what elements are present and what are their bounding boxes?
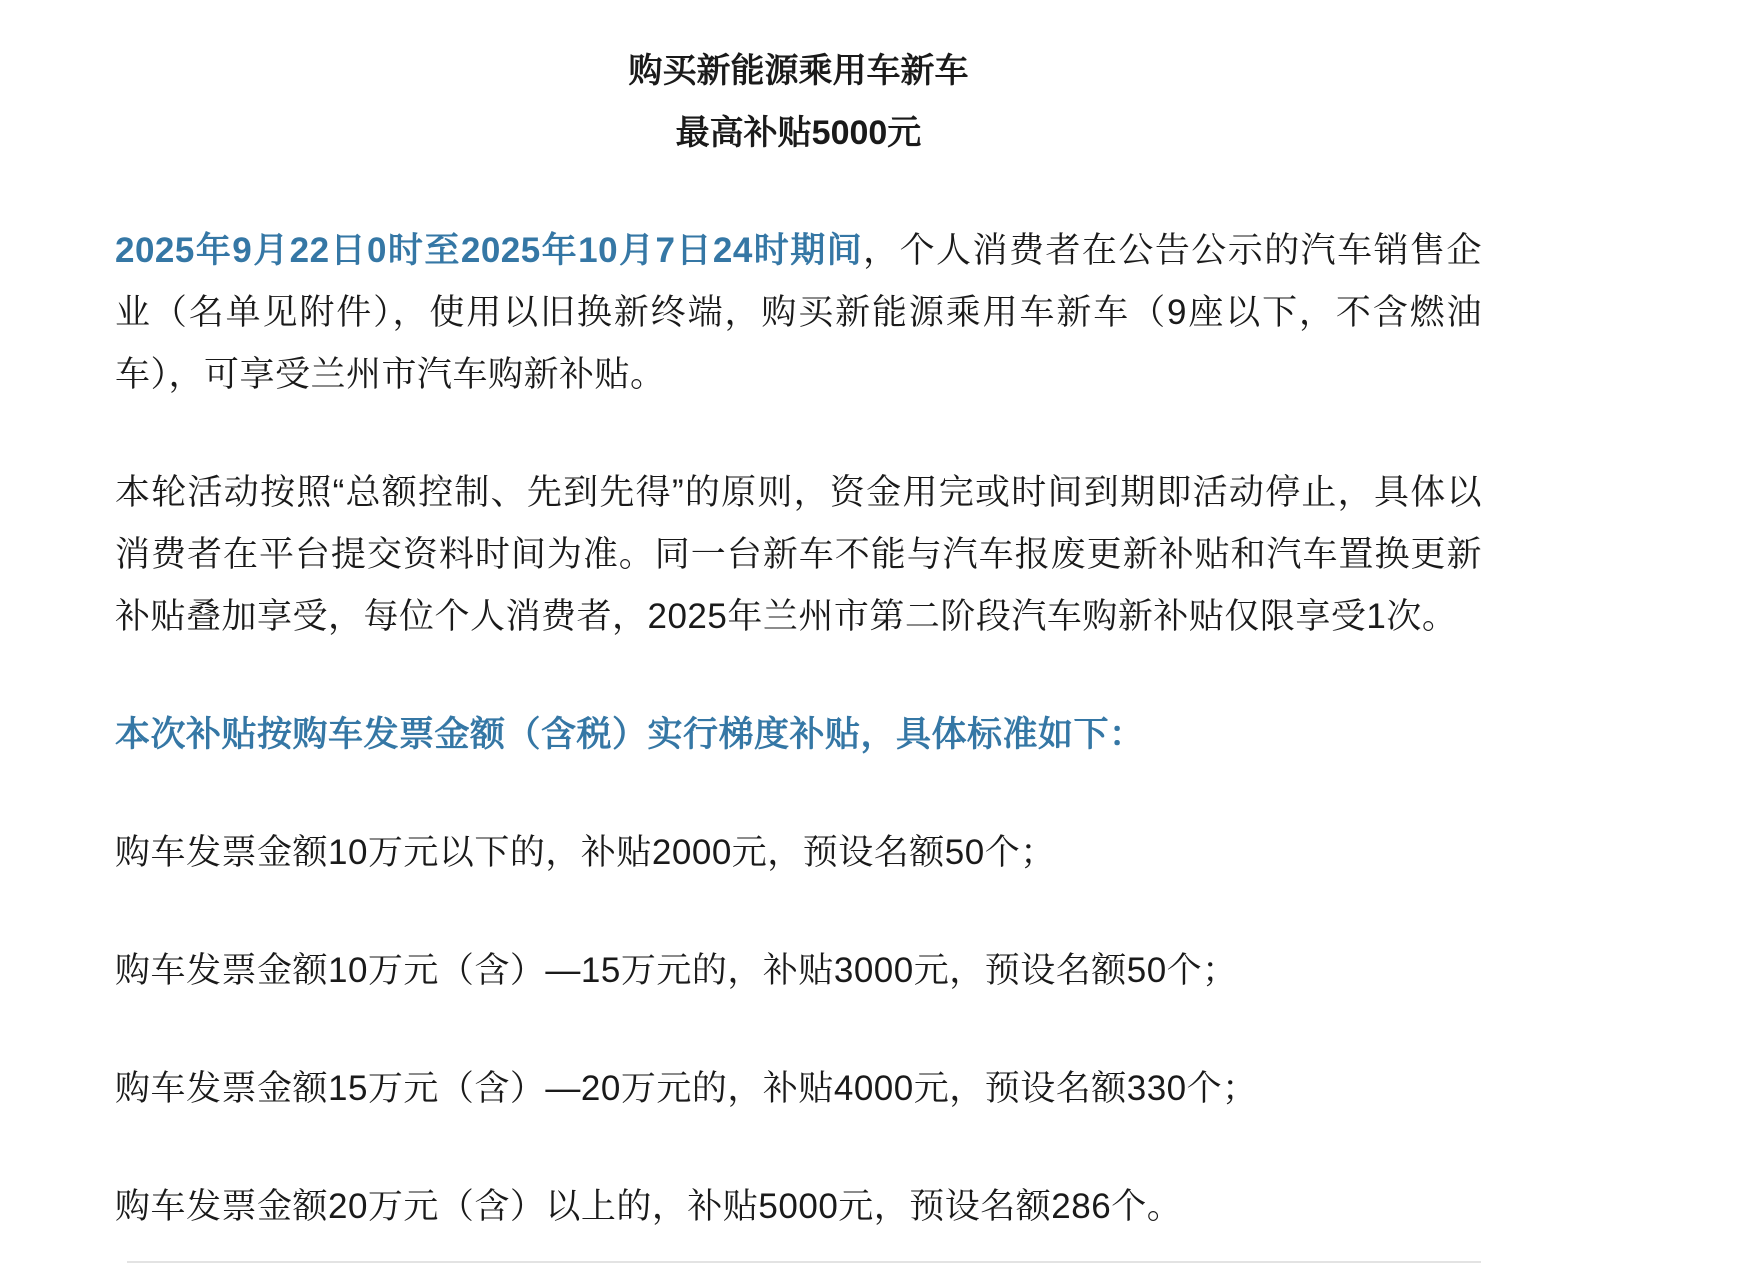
title-line-2: 最高补贴5000元 [115,102,1482,164]
activity-date-range: 2025年9月22日0时至2025年10月7日24时期间 [115,231,863,270]
paragraph-eligibility: 2025年9月22日0时至2025年10月7日24时期间，个人消费者在公告公示的… [115,220,1482,406]
subsidy-standards-heading: 本次补贴按购车发票金额（含税）实行梯度补贴，具体标准如下： [115,704,1482,766]
article-page: 购买新能源乘用车新车 最高补贴5000元 2025年9月22日0时至2025年1… [0,0,1750,1266]
subsidy-tier-3: 购车发票金额15万元（含）—20万元的，补贴4000元，预设名额330个； [115,1058,1482,1120]
paragraph-rules: 本轮活动按照“总额控制、先到先得”的原则，资金用完或时间到期即活动停止，具体以消… [115,462,1482,648]
title-line-1: 购买新能源乘用车新车 [115,40,1482,102]
page-title: 购买新能源乘用车新车 最高补贴5000元 [115,40,1482,164]
bottom-divider [127,1261,1481,1263]
subsidy-tier-4: 购车发票金额20万元（含）以上的，补贴5000元，预设名额286个。 [115,1176,1482,1238]
subsidy-tier-2: 购车发票金额10万元（含）—15万元的，补贴3000元，预设名额50个； [115,940,1482,1002]
subsidy-tier-1: 购车发票金额10万元以下的，补贴2000元，预设名额50个； [115,822,1482,884]
